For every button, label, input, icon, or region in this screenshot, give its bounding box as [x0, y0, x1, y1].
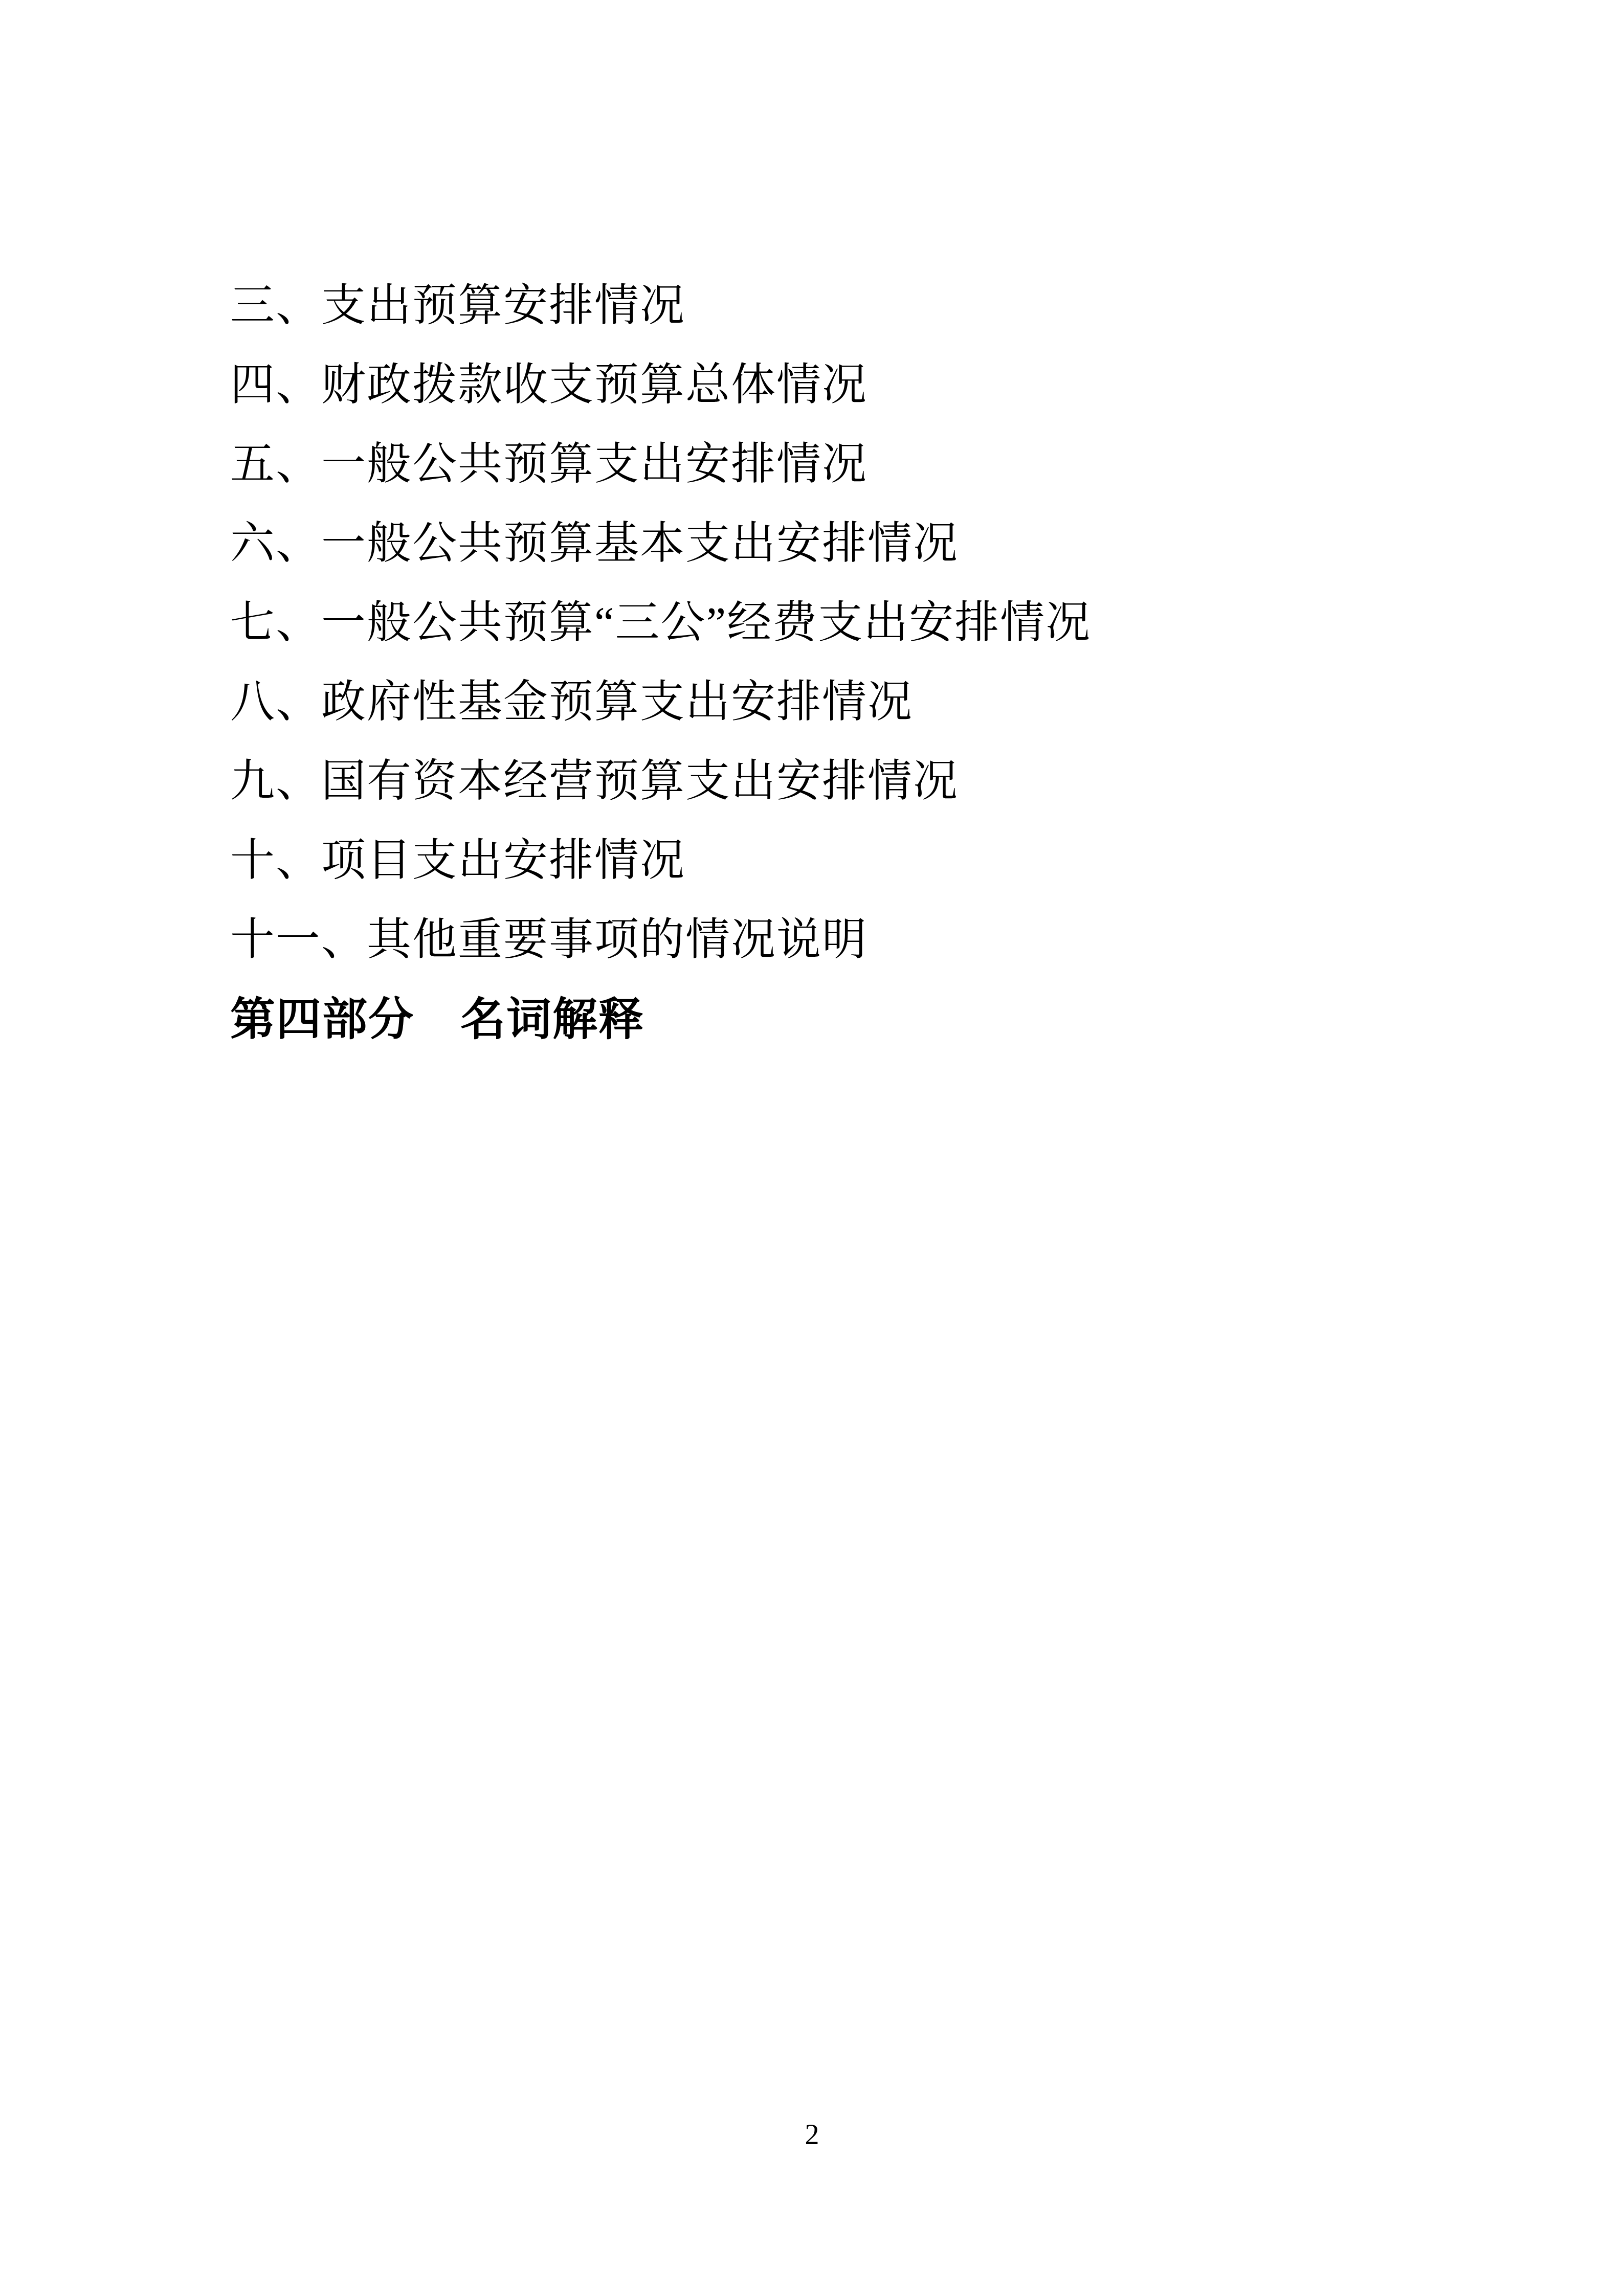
- page-number: 2: [0, 2117, 1624, 2153]
- document-page: 三、支出预算安排情况 四、财政拨款收支预算总体情况 五、一般公共预算支出安排情况…: [0, 0, 1624, 2296]
- toc-item: 十、项目支出安排情况: [230, 821, 1471, 900]
- toc-item: 七、一般公共预算“三公”经费支出安排情况: [230, 583, 1471, 662]
- toc-item: 八、政府性基金预算支出安排情况: [230, 662, 1471, 741]
- toc-item: 五、一般公共预算支出安排情况: [230, 424, 1471, 504]
- toc-item: 六、一般公共预算基本支出安排情况: [230, 504, 1471, 583]
- toc-item: 九、国有资本经营预算支出安排情况: [230, 741, 1471, 821]
- toc-item: 四、财政拨款收支预算总体情况: [230, 345, 1471, 424]
- toc: 三、支出预算安排情况 四、财政拨款收支预算总体情况 五、一般公共预算支出安排情况…: [230, 266, 1471, 1059]
- toc-item: 十一、其他重要事项的情况说明: [230, 900, 1471, 979]
- toc-item: 三、支出预算安排情况: [230, 266, 1471, 345]
- section-heading: 第四部分 名词解释: [230, 979, 1471, 1059]
